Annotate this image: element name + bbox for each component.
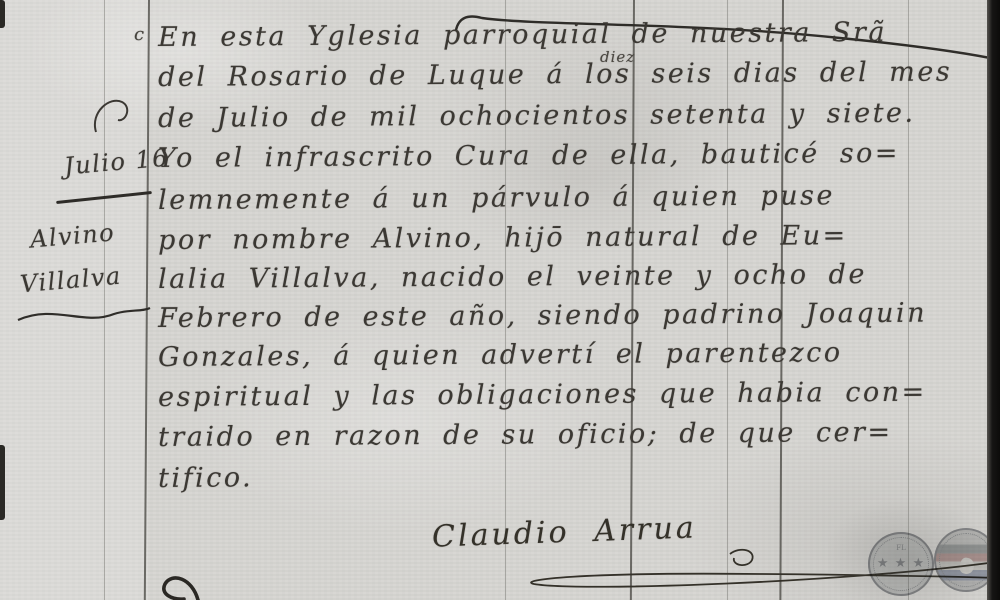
scanned-register-page: Julio 16 Alvino Villalva c En esta Ygles…: [0, 0, 1000, 600]
seal-top-text: FL: [868, 544, 934, 552]
next-entry-partial-letter: [148, 566, 218, 600]
stray-pen-mark: c: [134, 24, 144, 45]
entry-text-line: traido en razon de su oficio; de que cer…: [158, 417, 893, 453]
entry-text-line: Gonzales, á quien advertí el parentezco: [158, 337, 843, 373]
entry-text-line: por nombre Alvino, hijō natural de Eu=: [158, 220, 848, 256]
margin-flourish: [88, 92, 148, 142]
entry-text-line: Yo el infrascrito Cura de ella, bauticé …: [158, 138, 900, 174]
entry-text-line: tifico.: [158, 462, 253, 494]
scan-edge-mark: [0, 445, 5, 520]
entry-text-line: del Rosario de Luque á los seis dias del…: [158, 56, 952, 93]
entry-text-line: de Julio de mil ochocientos setenta y si…: [158, 98, 916, 134]
entry-text-line: En esta Yglesia parroquial de nuestra Sr…: [158, 17, 887, 53]
margin-name-flourish: [14, 300, 154, 330]
seal-inner-ring: [939, 533, 993, 587]
entry-text-line: Febrero de este año, siendo padrino Joaq…: [158, 298, 927, 334]
seal-stars-icon: ★ ★ ★: [868, 556, 934, 571]
entry-text-line: espiritual y las obligaciones que habia …: [158, 377, 927, 413]
scan-gutter-edge: [987, 0, 1000, 600]
archive-watermark-seal-stars: FL ★ ★ ★: [868, 532, 934, 596]
entry-text-line: lalia Villalva, nacido el veinte y ocho …: [158, 259, 867, 295]
interlinear-insertion: diez: [600, 48, 635, 66]
entry-text-line: lemnemente á un párvulo á quien puse: [158, 180, 835, 216]
